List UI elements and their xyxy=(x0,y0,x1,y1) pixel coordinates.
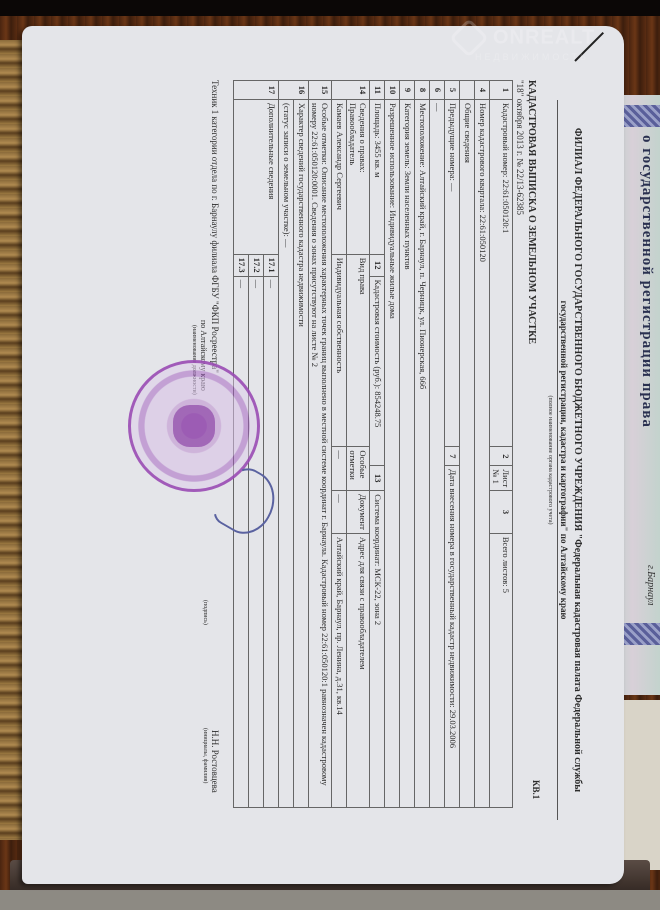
signer-position: Техник 1 категории отдела по г. Барнаулу… xyxy=(210,80,220,373)
row-number: 16 xyxy=(279,81,309,100)
watermark: ONREALT НЕДВИЖИМОСТЬ xyxy=(455,24,595,62)
row-6-value: — xyxy=(430,100,445,808)
document-date-number: "18" октября 2013 г. № 22/13-62385 xyxy=(515,80,525,215)
cadastral-number: Кадастровый номер: 22:61:050120:1 xyxy=(490,100,513,447)
row-number: 12 xyxy=(370,254,385,276)
org-header-line2: государственной регистрации, кадастра и … xyxy=(557,100,569,820)
table-row: 15 Особые отметки: Описание местоположен… xyxy=(309,81,332,808)
row-number: 17 xyxy=(234,81,279,100)
row-number: 17.2 xyxy=(249,254,264,276)
rights-type: Индивидуальная собственность xyxy=(332,254,347,447)
row-number xyxy=(460,81,475,100)
org-header-line1: ФИЛИАЛ ФЕДЕРАЛЬНОГО ГОСУДАРСТВЕННОГО БЮД… xyxy=(572,100,583,820)
cadastral-value: Кадастровая стоимость (руб.): 854248.75 xyxy=(370,276,385,466)
row-number: 10 xyxy=(385,81,400,100)
signer-name: Н.Н. Ростовцева xyxy=(210,730,220,793)
row-number: 11 xyxy=(370,81,385,100)
table-row: Камаев Александр Сергеевич Индивидуальна… xyxy=(332,81,347,808)
row-number: 17.3 xyxy=(234,254,249,276)
extra-value: — xyxy=(234,276,249,807)
watermark-subtitle: НЕДВИЖИМОСТЬ xyxy=(475,52,595,62)
table-row: 11 Площадь: 3455 кв. м 12 Кадастровая ст… xyxy=(370,81,385,808)
rights-header-address: Адрес для связи с правообладателем xyxy=(347,533,370,807)
table-row: 6 — xyxy=(430,81,445,808)
rights-label: Сведения о правах:Правообладатель xyxy=(347,100,370,255)
row-number: 3 xyxy=(490,491,513,534)
row-number: 13 xyxy=(370,466,385,491)
extra-value: — xyxy=(249,276,264,807)
row-number: 14 xyxy=(332,81,370,100)
table-row: 5 Предыдущие номера: — 7 Дата внесения н… xyxy=(445,81,460,808)
area: Площадь: 3455 кв. м xyxy=(370,100,385,255)
form-code: КВ.1 xyxy=(531,780,541,799)
extra-value: — xyxy=(264,276,279,807)
rights-header-document: Документ xyxy=(347,491,370,534)
certificate-city: г.Барнаул xyxy=(645,565,656,606)
special-notes: Особые отметки: Описание местоположения … xyxy=(309,100,332,808)
row-number: 8 xyxy=(415,81,430,100)
land-category: Категория земель: Земли населенных пункт… xyxy=(400,100,415,808)
registration-date: Дата внесения номера в государственный к… xyxy=(445,466,460,808)
top-bar xyxy=(0,0,660,16)
row-number: 5 xyxy=(445,81,460,100)
document-title: КАДАСТРОВАЯ ВЫПИСКА О ЗЕМЕЛЬНОМ УЧАСТКЕ xyxy=(526,80,537,344)
coat-of-arms-icon xyxy=(173,405,215,447)
status-value: (статус записи о земельном участке): — xyxy=(279,100,294,808)
table-row: 1 Кадастровый номер: 22:61:050120:1 2 Ли… xyxy=(490,81,513,808)
section-general: Общие сведения xyxy=(460,100,475,808)
signature-caption: (подпись) xyxy=(202,600,208,625)
permitted-use: Разрешенное использование: Индивидуальны… xyxy=(385,100,400,808)
row-number: 6 xyxy=(430,81,445,100)
row-number: 4 xyxy=(475,81,490,100)
signer-caption: (инициалы, фамилия) xyxy=(202,728,208,783)
row-number: 1 xyxy=(490,81,513,100)
desk-surface xyxy=(0,890,660,910)
table-row: 4 Номер кадастрового квартала: 22:61:050… xyxy=(475,81,490,808)
row-number: 17.1 xyxy=(264,254,279,276)
table-row: 16 Характер сведений государственного ка… xyxy=(294,81,309,808)
table-row: 17 Дополнительные сведения 17.1 — xyxy=(264,81,279,808)
rights-header-type: Вид права xyxy=(347,254,370,447)
table-row: 8 Местоположение: Алтайский край, г. Бар… xyxy=(415,81,430,808)
rights-header-holder: Правообладатель xyxy=(348,103,358,165)
location: Местоположение: Алтайский край, г. Барна… xyxy=(415,100,430,808)
rights-document: — xyxy=(332,491,347,534)
org-header-caption: (полное наименование органа кадастрового… xyxy=(547,100,553,820)
status-label: Характер сведений государственного кадас… xyxy=(294,100,309,808)
sheet-number: Лист № 1 xyxy=(490,466,513,491)
rights-label-text: Сведения о правах: xyxy=(358,103,368,173)
table-row: 9 Категория земель: Земли населенных пун… xyxy=(400,81,415,808)
row-number: 15 xyxy=(309,81,332,100)
table-row: Общие сведения xyxy=(460,81,475,808)
total-sheets: Всего листов: 5 xyxy=(490,533,513,807)
cadastral-table: 1 Кадастровый номер: 22:61:050120:1 2 Ли… xyxy=(233,80,513,808)
rights-notes: — xyxy=(332,447,347,491)
previous-numbers: Предыдущие номера: — xyxy=(445,100,460,447)
watermark-brand: ONREALT xyxy=(493,26,595,48)
row-number: 9 xyxy=(400,81,415,100)
rights-address: Алтайский край, Барнаул, пр. Ленина, д.3… xyxy=(332,533,347,807)
rights-holder: Камаев Александр Сергеевич xyxy=(332,100,347,255)
row-number: 2 xyxy=(490,447,513,466)
quarter-number: Номер кадастрового квартала: 22:61:05012… xyxy=(475,100,490,808)
rights-header-notes: Особые отметки xyxy=(347,447,370,491)
table-row: 10 Разрешенное использование: Индивидуал… xyxy=(385,81,400,808)
table-row: (статус записи о земельном участке): — xyxy=(279,81,294,808)
extra-label: Дополнительные сведения xyxy=(234,100,279,255)
table-row: 14 Сведения о правах:Правообладатель Вид… xyxy=(347,81,370,808)
coordinate-system: Система координат: МСК-22, зона 2 xyxy=(370,491,385,808)
row-number: 7 xyxy=(445,447,460,466)
